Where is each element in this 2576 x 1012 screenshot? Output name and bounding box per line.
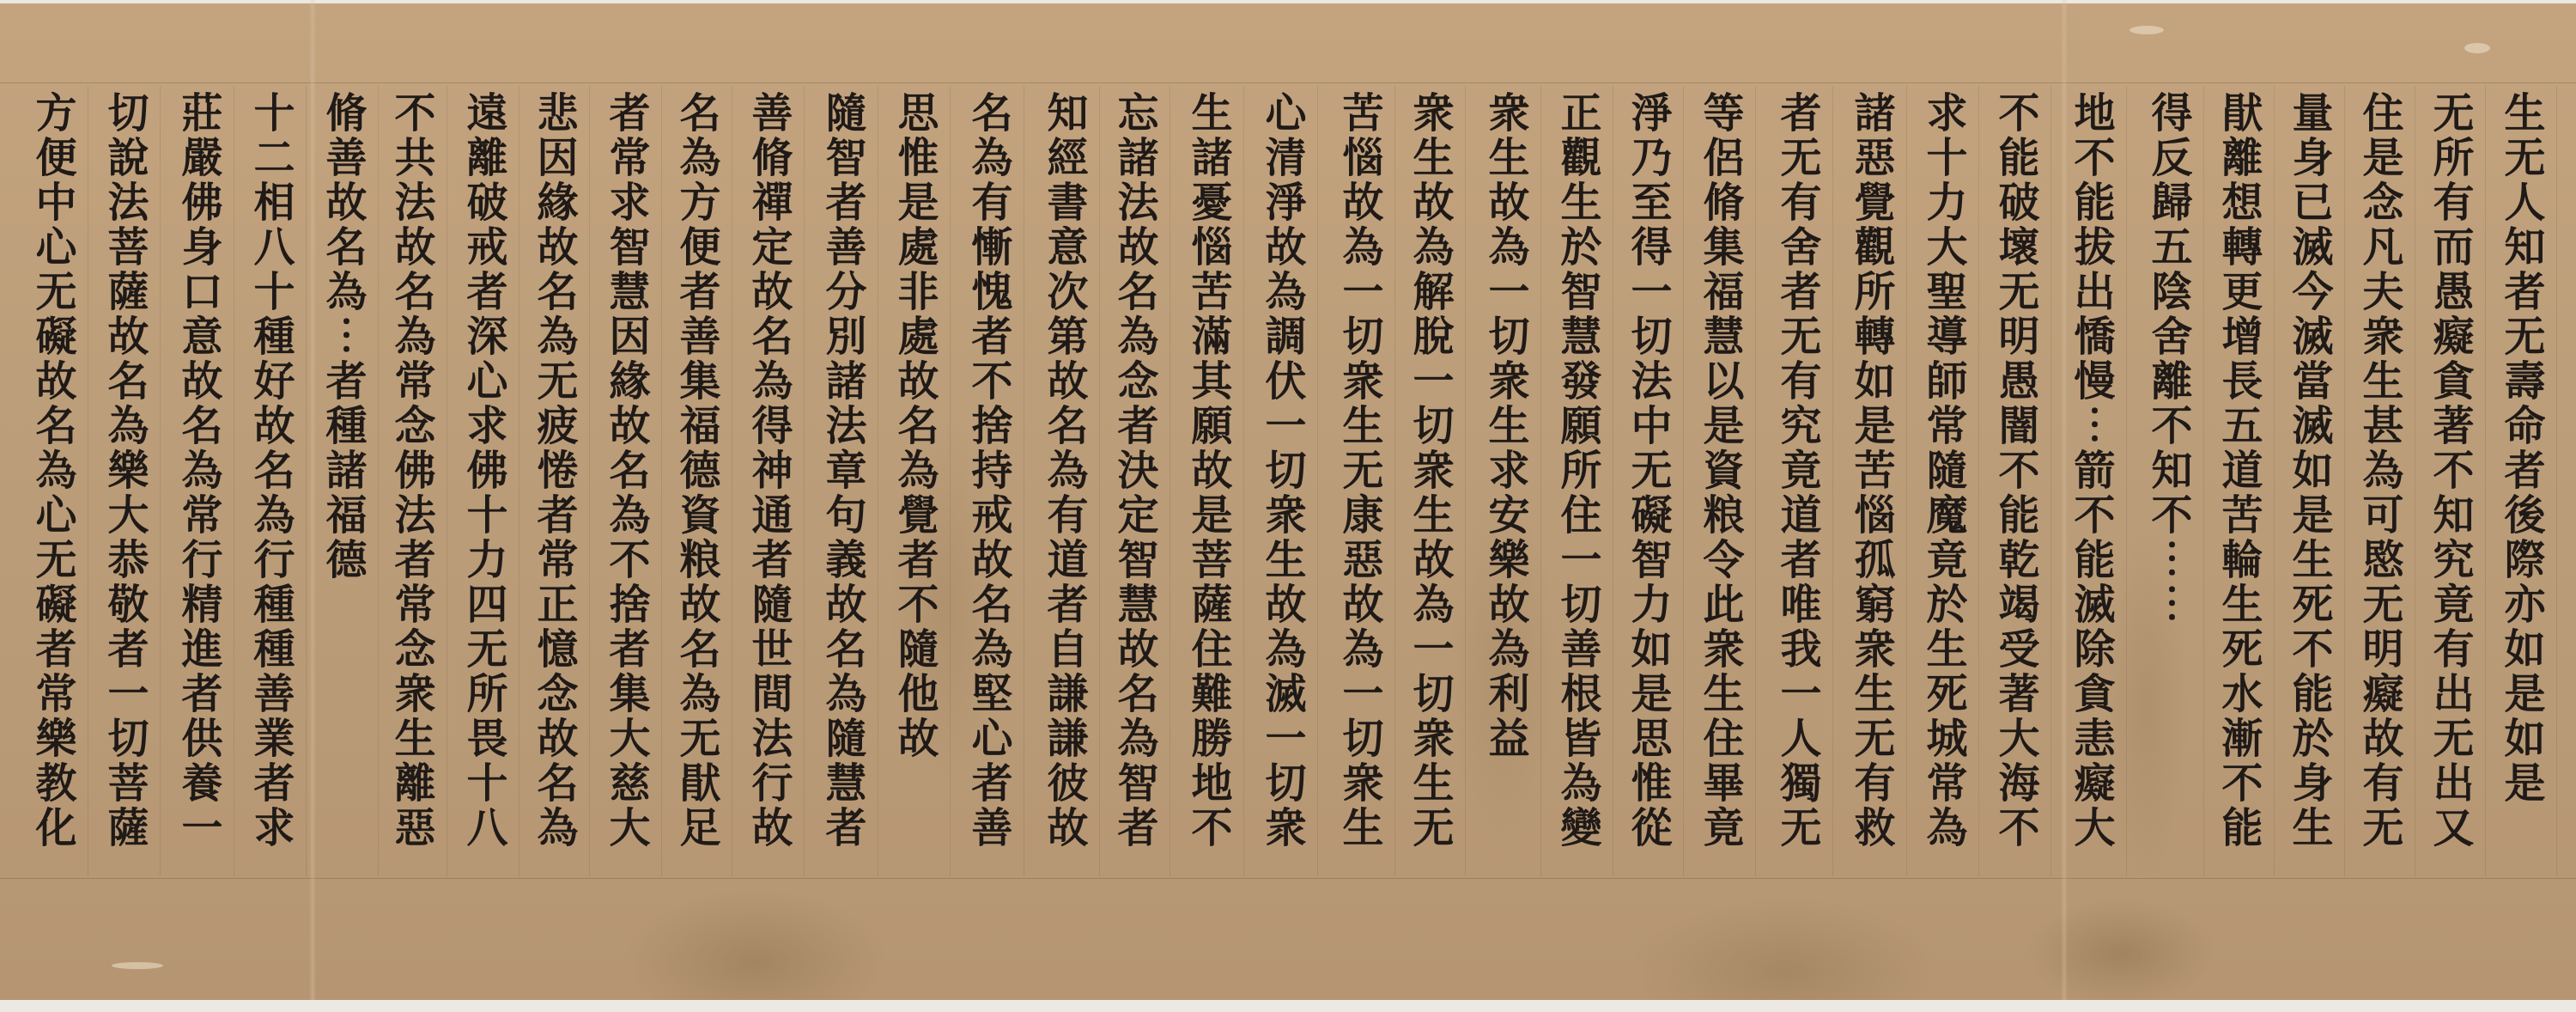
column-text: 猒離想轉更增長五道苦輪生死水漸不能 <box>2203 86 2274 876</box>
text-column: 淨乃至得一切法中无礙智力如是思惟從 <box>1613 86 1684 876</box>
text-column: 切說法菩薩故名為樂大恭敬者一切菩薩 <box>89 86 161 876</box>
column-text: 思惟是處非處故名為覺者不隨他故 <box>879 86 950 876</box>
text-column: 方便中心无礙故名為心无礙者常樂教化 <box>17 86 88 876</box>
paper-stain <box>112 962 163 969</box>
text-column: 脩善故名為⋯者種諸福德 <box>307 86 379 876</box>
column-text: 得反歸五陰舍離不知不⋯⋯ <box>2133 86 2203 876</box>
column-text: 莊嚴佛身口意故名為常行精進者供養一 <box>163 86 234 876</box>
text-column: 衆生故為解脫一切衆生故為一切衆生无 <box>1394 86 1466 876</box>
text-column: 名為方便者善集福德資粮故名為无猒足 <box>661 86 732 876</box>
column-text: 地不能拔出憍慢⋯箭不能滅除貪恚癡大 <box>2056 86 2126 876</box>
text-column: 住是念凡夫衆生甚為可愍无明癡故有无 <box>2344 86 2415 876</box>
column-text: 者常求智慧因緣故名為不捨者集大慈大 <box>591 86 661 876</box>
paper-stain <box>2464 43 2490 53</box>
text-columns: 生无人知者无壽命者後際亦如是如是 无所有而愚癡貪著不知究竟有出无出又 住是念凡夫… <box>0 86 2576 876</box>
column-text: 脩善故名為⋯者種諸福德 <box>307 86 378 876</box>
text-column: 名為有慚愧者不捨持戒故名為堅心者善 <box>953 86 1024 876</box>
text-column: 无所有而愚癡貪著不知究竟有出无出又 <box>2415 86 2486 876</box>
top-ruled-line <box>0 82 2576 83</box>
text-column: 隨智者善分別諸法章句義故名為隨慧者 <box>807 86 878 876</box>
text-column: 衆生故為一切衆生求安樂故為利益 <box>1470 86 1541 876</box>
column-text: 諸惡覺觀所轉如是苦惱孤窮衆生无有救 <box>1836 86 1906 876</box>
scroll-bottom-edge <box>0 1000 2576 1012</box>
column-text: 衆生故為解脫一切衆生故為一切衆生无 <box>1394 86 1465 876</box>
column-text: 隨智者善分別諸法章句義故名為隨慧者 <box>807 86 878 876</box>
column-text: 不共法故名為常念佛法者常念衆生離惡 <box>376 86 447 876</box>
column-text: 善脩禪定故名為得神通者隨世間法行故 <box>733 86 804 876</box>
column-text: 名為方便者善集福德資粮故名為无猒足 <box>661 86 732 876</box>
column-text: 知經書意次第故名為有道者自謙謙彼故 <box>1029 86 1099 876</box>
text-column: 量身已滅今滅當滅如是生死不能於身生 <box>2274 86 2345 876</box>
column-text: 遠離破戒者深心求佛十力四无所畏十八 <box>448 86 519 876</box>
text-column: 莊嚴佛身口意故名為常行精進者供養一 <box>163 86 234 876</box>
column-text: 十二相八十種好故名為行種種善業者求 <box>235 86 306 876</box>
text-column: 者无有舍者无有究竟道者唯我一人獨无 <box>1762 86 1833 876</box>
column-text: 心清淨故為調伏一切衆生故為滅一切衆 <box>1247 86 1317 876</box>
text-column: 思惟是處非處故名為覺者不隨他故 <box>879 86 951 876</box>
column-text: 无所有而愚癡貪著不知究竟有出无出又 <box>2415 86 2485 876</box>
column-text: 忘諸法故名為念者決定智慧故名為智者 <box>1099 86 1170 876</box>
text-column: 十二相八十種好故名為行種種善業者求 <box>235 86 307 876</box>
column-text: 名為有慚愧者不捨持戒故名為堅心者善 <box>953 86 1024 876</box>
text-column: 不能破壞无明愚闇不能乾竭受著大海不 <box>1980 86 2051 876</box>
manuscript-scroll: 生无人知者无壽命者後際亦如是如是 无所有而愚癡貪著不知究竟有出无出又 住是念凡夫… <box>0 0 2576 1012</box>
column-text: 生諸憂惱苦滿其願故是菩薩住難勝地不 <box>1173 86 1243 876</box>
column-text: 住是念凡夫衆生甚為可愍无明癡故有无 <box>2344 86 2415 876</box>
column-text: 量身已滅今滅當滅如是生死不能於身生 <box>2274 86 2344 876</box>
text-column: 等侶脩集福慧以是資粮令此衆生住畢竟 <box>1685 86 1756 876</box>
text-column: 諸惡覺觀所轉如是苦惱孤窮衆生无有救 <box>1836 86 1907 876</box>
text-column: 地不能拔出憍慢⋯箭不能滅除貪恚癡大 <box>2056 86 2127 876</box>
text-column: 遠離破戒者深心求佛十力四无所畏十八 <box>448 86 519 876</box>
text-column: 者常求智慧因緣故名為不捨者集大慈大 <box>591 86 662 876</box>
column-text: 不能破壞无明愚闇不能乾竭受著大海不 <box>1980 86 2050 876</box>
column-text: 淨乃至得一切法中无礙智力如是思惟從 <box>1613 86 1683 876</box>
column-text: 切說法菩薩故名為樂大恭敬者一切菩薩 <box>89 86 160 876</box>
column-text: 正觀生於智慧發願所住一切善根皆為變 <box>1542 86 1613 876</box>
column-text: 苦惱故為一切衆生无康惡故為一切衆生 <box>1324 86 1394 876</box>
text-column: 悲因緣故名為无疲惓者常正憶念故名為 <box>519 86 590 876</box>
text-column: 不共法故名為常念佛法者常念衆生離惡 <box>376 86 447 876</box>
text-column: 苦惱故為一切衆生无康惡故為一切衆生 <box>1324 86 1395 876</box>
scroll-top-edge <box>0 0 2576 3</box>
text-column: 猒離想轉更增長五道苦輪生死水漸不能 <box>2203 86 2275 876</box>
column-text: 方便中心无礙故名為心无礙者常樂教化 <box>17 86 88 876</box>
paper-stain <box>2129 26 2164 34</box>
text-column: 生諸憂惱苦滿其願故是菩薩住難勝地不 <box>1173 86 1244 876</box>
column-text: 者无有舍者无有究竟道者唯我一人獨无 <box>1762 86 1832 876</box>
text-column: 忘諸法故名為念者決定智慧故名為智者 <box>1099 86 1170 876</box>
text-column: 心清淨故為調伏一切衆生故為滅一切衆 <box>1247 86 1318 876</box>
column-text: 悲因緣故名為无疲惓者常正憶念故名為 <box>519 86 589 876</box>
column-text: 等侶脩集福慧以是資粮令此衆生住畢竟 <box>1685 86 1755 876</box>
column-text: 求十力大聖導師常隨魔竟於生死城常為 <box>1908 86 1978 876</box>
text-column: 得反歸五陰舍離不知不⋯⋯ <box>2133 86 2204 876</box>
bottom-ruled-line <box>0 878 2576 879</box>
text-column: 善脩禪定故名為得神通者隨世間法行故 <box>733 86 805 876</box>
text-column: 正觀生於智慧發願所住一切善根皆為變 <box>1542 86 1613 876</box>
text-column: 生无人知者无壽命者後際亦如是如是 <box>2486 86 2557 876</box>
column-text: 生无人知者无壽命者後際亦如是如是 <box>2486 86 2556 876</box>
text-column: 知經書意次第故名為有道者自謙謙彼故 <box>1029 86 1100 876</box>
text-column: 求十力大聖導師常隨魔竟於生死城常為 <box>1908 86 1979 876</box>
column-text: 衆生故為一切衆生求安樂故為利益 <box>1470 86 1540 876</box>
